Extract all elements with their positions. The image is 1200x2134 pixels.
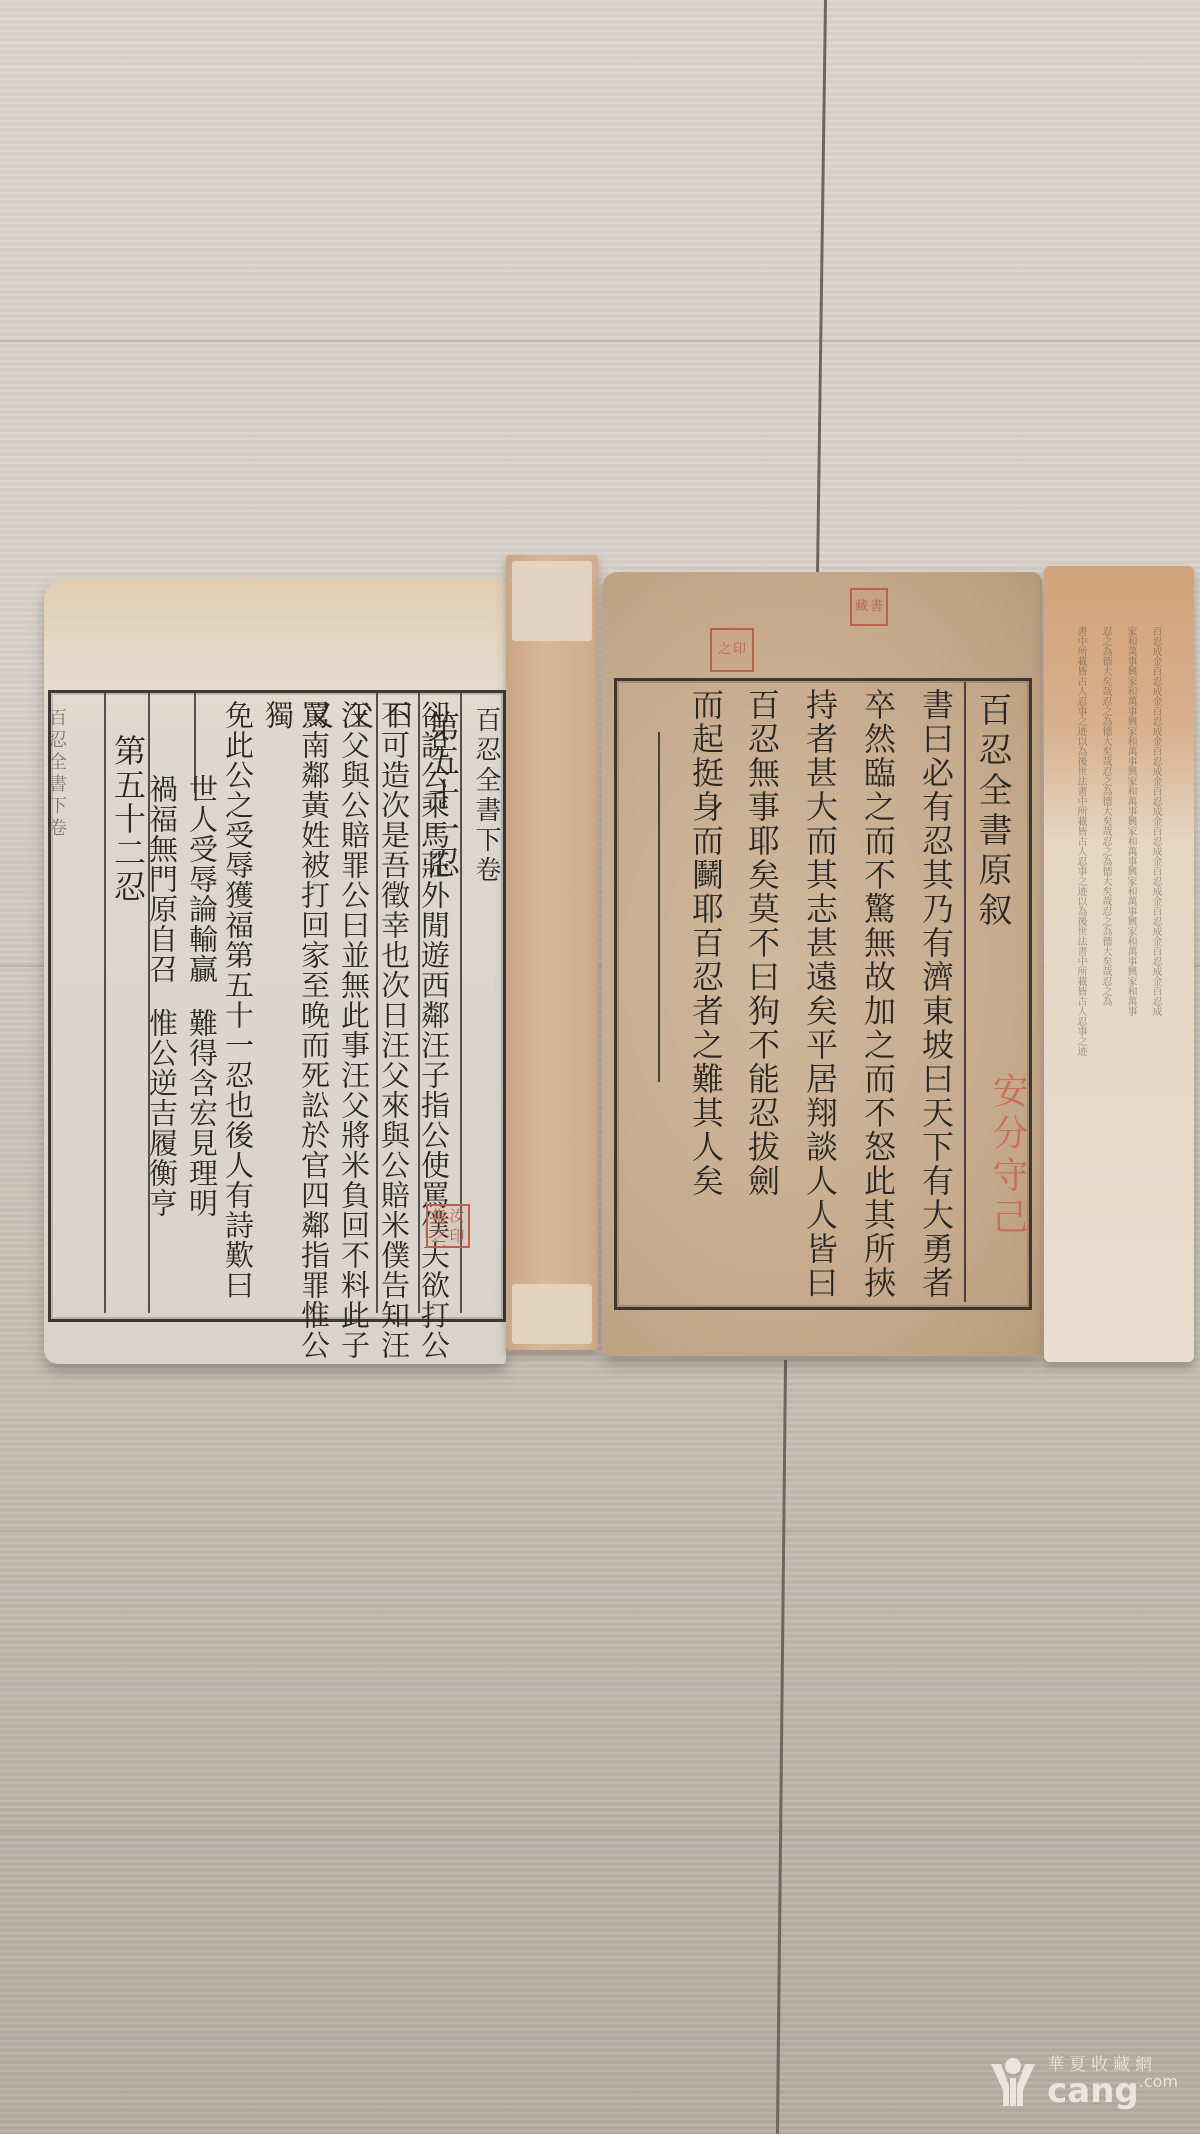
preface-column-2: 卒然臨之而不驚無故加之而不怒此其所挾 — [860, 688, 896, 1300]
book-header-title: 百忍全書下卷 — [468, 706, 504, 886]
spine-label-patch-top — [512, 561, 592, 641]
floor-tile-seam — [816, 0, 827, 575]
poem-line-3: 禍福無門原自召 — [144, 774, 180, 984]
poem-line-4: 惟公逆吉履衡亨 — [144, 1008, 180, 1218]
page-top-stain — [44, 578, 506, 688]
floor-plank-seam — [0, 340, 1200, 342]
seal-char: 印 — [732, 643, 747, 657]
seal-char: 之 — [430, 1228, 448, 1244]
seal-char: 藏 — [854, 600, 869, 614]
seal-char: 印 — [448, 1228, 466, 1244]
left-book-page: 百忍全書下卷 第五十一忍 卻說公乘馬莊外閒遊西鄰汪子指公使罵僕夫欲打公曰 不可造… — [44, 578, 506, 1364]
poem-line-2: 難得含宏見理明 — [184, 1008, 220, 1218]
watermark-latin-word: cang — [1047, 2071, 1139, 2111]
collector-seal-stamp: 集 汝 之 印 — [426, 1204, 470, 1248]
small-print-fragment: 書中所載皆古人忍事之迹以為後世法書中所載皆古人忍事之迹以為後世法書中所載皆古人忍… — [1074, 626, 1086, 1346]
column-rule — [104, 693, 106, 1313]
red-ink-annotation: 安分守己 — [982, 1072, 1033, 1240]
preface-column-4: 百忍無事耶矣莫不曰狗不能忍拔劍 — [744, 688, 780, 1198]
preface-column-3: 持者甚大而其志甚遠矣平居翔談人人皆曰 — [802, 688, 838, 1300]
watermark-latin: cang.com — [1047, 2074, 1178, 2108]
floor-plank-seam — [0, 1530, 1200, 1532]
site-watermark: 華夏收藏網 cang.com — [987, 2056, 1178, 2108]
column-rule — [658, 732, 660, 1082]
floor-tile-seam — [776, 1360, 787, 2134]
torn-spine-page-fragment: 書中所載皆古人忍事之迹以為後世法書中所載皆古人忍事之迹以為後世法書中所載皆古人忍… — [1044, 566, 1194, 1362]
left-book-spine — [506, 555, 598, 1350]
column-rule — [964, 682, 966, 1302]
seal-char: 集 — [430, 1208, 448, 1224]
watermark-suffix: .com — [1139, 2072, 1178, 2091]
chapter-52-title: 第五十二忍 — [110, 734, 146, 904]
preface-title: 百忍全書原叙 — [974, 692, 1010, 932]
right-book-page: 藏 書 之 印 百忍全書原叙 書曰必有忍其乃有濟東坡曰天下有大勇者 卒然臨之而不… — [602, 572, 1042, 1356]
seal-char: 書 — [869, 600, 884, 614]
collector-seal-stamp-1: 藏 書 — [850, 588, 888, 626]
huaxia-cang-logo-icon — [987, 2056, 1039, 2108]
body-column-4: 罵南鄰黃姓被打回家至晚而死訟於官四鄰指罪惟公獨 — [260, 700, 332, 1364]
seal-char: 汝 — [448, 1208, 466, 1224]
small-print-fragment: 忍之為德大矣哉忍之為德大矣哉忍之為德大矣哉忍之為德大矣哉忍之為德大矣哉忍之為 — [1099, 626, 1111, 1346]
preface-column-1: 書曰必有忍其乃有濟東坡曰天下有大勇者 — [918, 688, 954, 1300]
preface-column-5: 而起挺身而鬭耶百忍者之難其人矣 — [688, 688, 724, 1198]
seal-char: 之 — [717, 643, 732, 657]
spine-label-patch-bottom — [512, 1284, 592, 1344]
poem-line-1: 世人受辱論輸贏 — [184, 774, 220, 984]
floor-plank-seam — [0, 1830, 1200, 1832]
watermark-text: 華夏收藏網 cang.com — [1047, 2057, 1178, 2108]
small-print-fragment: 家和萬事興家和萬事興家和萬事興家和萬事興家和萬事興家和萬事興家和萬事興家和萬事 — [1124, 626, 1136, 1346]
body-column-5: 免此公之受辱獲福第五十一忍也後人有詩歎曰 — [220, 700, 256, 1300]
small-print-fragment: 百忍成金百忍成金百忍成金百忍成金百忍成金百忍成金百忍成金百忍成金百忍成金百忍成 — [1149, 626, 1161, 1346]
collector-seal-stamp-2: 之 印 — [710, 628, 754, 672]
page-edge-label: 百忍全書下卷 — [38, 708, 74, 840]
